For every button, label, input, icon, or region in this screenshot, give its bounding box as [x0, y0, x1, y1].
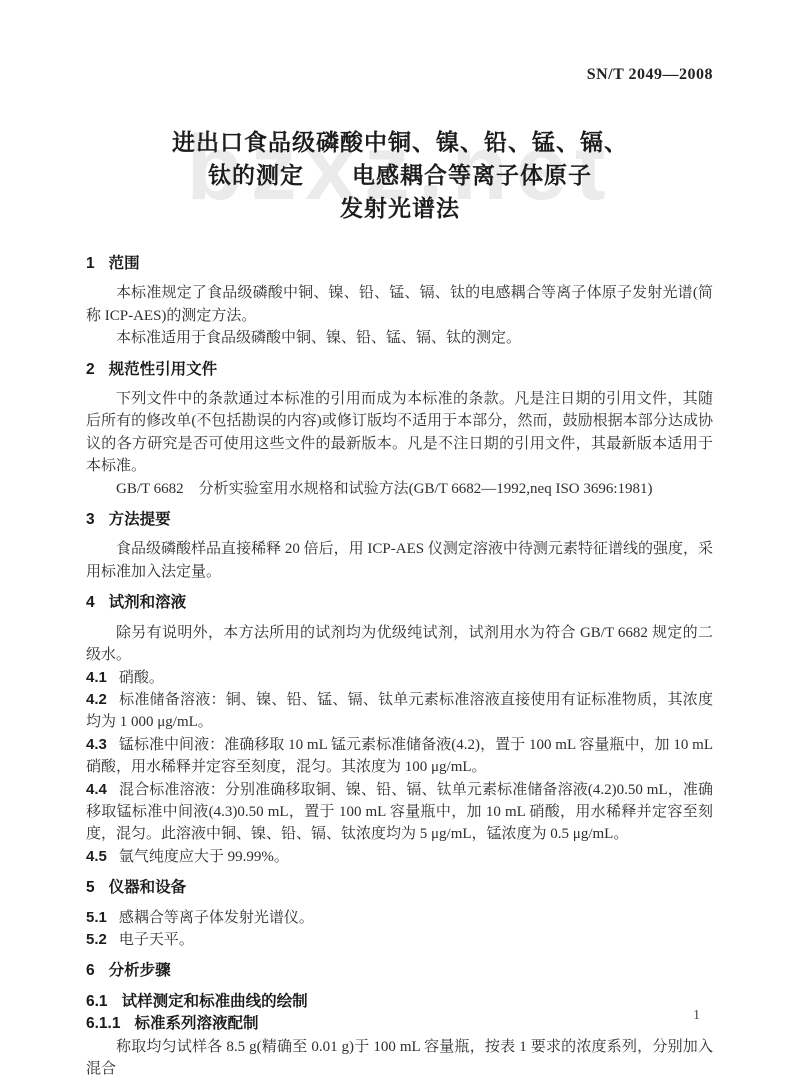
clause-number: 5: [86, 879, 95, 896]
clause-number: 4.3: [86, 736, 107, 753]
subsection-heading-6-1-1: 6.1.1标准系列溶液配制: [86, 1013, 713, 1035]
document-title: 进出口食品级磷酸中铜、镍、铅、锰、镉、 钛的测定 电感耦合等离子体原子 发射光谱…: [86, 126, 714, 225]
document-title-line-3: 发射光谱法: [86, 192, 714, 225]
clause-item-5-2: 5.2电子天平。: [86, 929, 713, 951]
subsection-heading-6-1: 6.1试样测定和标准曲线的绘制: [86, 991, 713, 1013]
clause-text: 锰标准中间液：准确移取 10 mL 锰元素标准储备液(4.2)，置于 100 m…: [86, 737, 713, 775]
clause-number: 3: [86, 511, 95, 528]
clause-text: 标准储备溶液：铜、镍、铅、锰、镉、钛单元素标准溶液直接使用有证标准物质，其浓度均…: [86, 692, 713, 730]
section-heading-scope: 1范围: [86, 253, 713, 275]
standard-code: SN/T 2049—2008: [587, 66, 713, 84]
section-heading-reagents: 4试剂和溶液: [86, 592, 713, 614]
clause-title: 规范性引用文件: [109, 361, 218, 378]
clause-title: 试剂和溶液: [109, 594, 187, 611]
clause-text: 氩气纯度应大于 99.99%。: [119, 849, 289, 865]
clause-title: 仪器和设备: [109, 879, 187, 896]
paragraph: 食品级磷酸样品直接稀释 20 倍后，用 ICP-AES 仪测定溶液中待测元素特征…: [86, 538, 713, 583]
clause-number: 5.1: [86, 909, 107, 926]
clause-item-4-4: 4.4混合标准溶液：分别准确移取铜、镍、铅、镉、钛单元素标准储备溶液(4.2)0…: [86, 779, 713, 846]
section-heading-procedure: 6分析步骤: [86, 960, 713, 982]
clause-number: 4.1: [86, 669, 107, 686]
clause-item-4-3: 4.3锰标准中间液：准确移取 10 mL 锰元素标准储备液(4.2)，置于 10…: [86, 734, 713, 779]
clause-text: 硝酸。: [119, 670, 164, 686]
clause-title: 试样测定和标准曲线的绘制: [122, 993, 308, 1010]
clause-number: 1: [86, 255, 95, 272]
clause-text: 混合标准溶液：分别准确移取铜、镍、铅、镉、钛单元素标准储备溶液(4.2)0.50…: [86, 782, 713, 843]
document-title-line-2: 钛的测定 电感耦合等离子体原子: [86, 159, 714, 192]
document-body: 1范围 本标准规定了食品级磷酸中铜、镍、铅、锰、镉、钛的电感耦合等离子体原子发射…: [86, 253, 713, 1080]
clause-number: 5.2: [86, 931, 107, 948]
clause-item-4-5: 4.5氩气纯度应大于 99.99%。: [86, 846, 713, 868]
clause-number: 6.1: [86, 993, 108, 1010]
paragraph: 本标准规定了食品级磷酸中铜、镍、铅、锰、镉、钛的电感耦合等离子体原子发射光谱(简…: [86, 282, 713, 327]
clause-number: 4.5: [86, 848, 107, 865]
clause-item-4-2: 4.2标准储备溶液：铜、镍、铅、锰、镉、钛单元素标准溶液直接使用有证标准物质，其…: [86, 689, 713, 734]
clause-title: 标准系列溶液配制: [134, 1015, 258, 1032]
document-page: SN/T 2049—2008 bzxz.net 进出口食品级磷酸中铜、镍、铅、锰…: [0, 0, 800, 1090]
paragraph: 本标准适用于食品级磷酸中铜、镍、铅、锰、镉、钛的测定。: [86, 327, 713, 349]
paragraph: 称取均匀试样各 8.5 g(精确至 0.01 g)于 100 mL 容量瓶，按表…: [86, 1036, 713, 1081]
clause-number: 2: [86, 361, 95, 378]
paragraph: 下列文件中的条款通过本标准的引用而成为本标准的条款。凡是注日期的引用文件，其随后…: [86, 388, 713, 478]
clause-item-4-1: 4.1硝酸。: [86, 667, 713, 689]
section-heading-method-summary: 3方法提要: [86, 509, 713, 531]
paragraph-reference: GB/T 6682 分析实验室用水规格和试验方法(GB/T 6682—1992,…: [86, 478, 713, 500]
clause-number: 6: [86, 962, 95, 979]
clause-title: 范围: [109, 255, 140, 272]
paragraph: 除另有说明外，本方法所用的试剂均为优级纯试剂，试剂用水为符合 GB/T 6682…: [86, 622, 713, 667]
clause-title: 方法提要: [109, 511, 171, 528]
clause-number: 4.4: [86, 781, 107, 798]
clause-text: 电子天平。: [119, 932, 194, 948]
clause-item-5-1: 5.1感耦合等离子体发射光谱仪。: [86, 907, 713, 929]
clause-text: 感耦合等离子体发射光谱仪。: [119, 910, 314, 926]
section-heading-normative-references: 2规范性引用文件: [86, 359, 713, 381]
section-heading-apparatus: 5仪器和设备: [86, 877, 713, 899]
clause-title: 分析步骤: [109, 962, 171, 979]
page-number: 1: [693, 1008, 700, 1024]
clause-number: 4: [86, 594, 95, 611]
document-title-line-1: 进出口食品级磷酸中铜、镍、铅、锰、镉、: [86, 126, 714, 159]
clause-number: 4.2: [86, 691, 107, 708]
clause-number: 6.1.1: [86, 1015, 120, 1032]
